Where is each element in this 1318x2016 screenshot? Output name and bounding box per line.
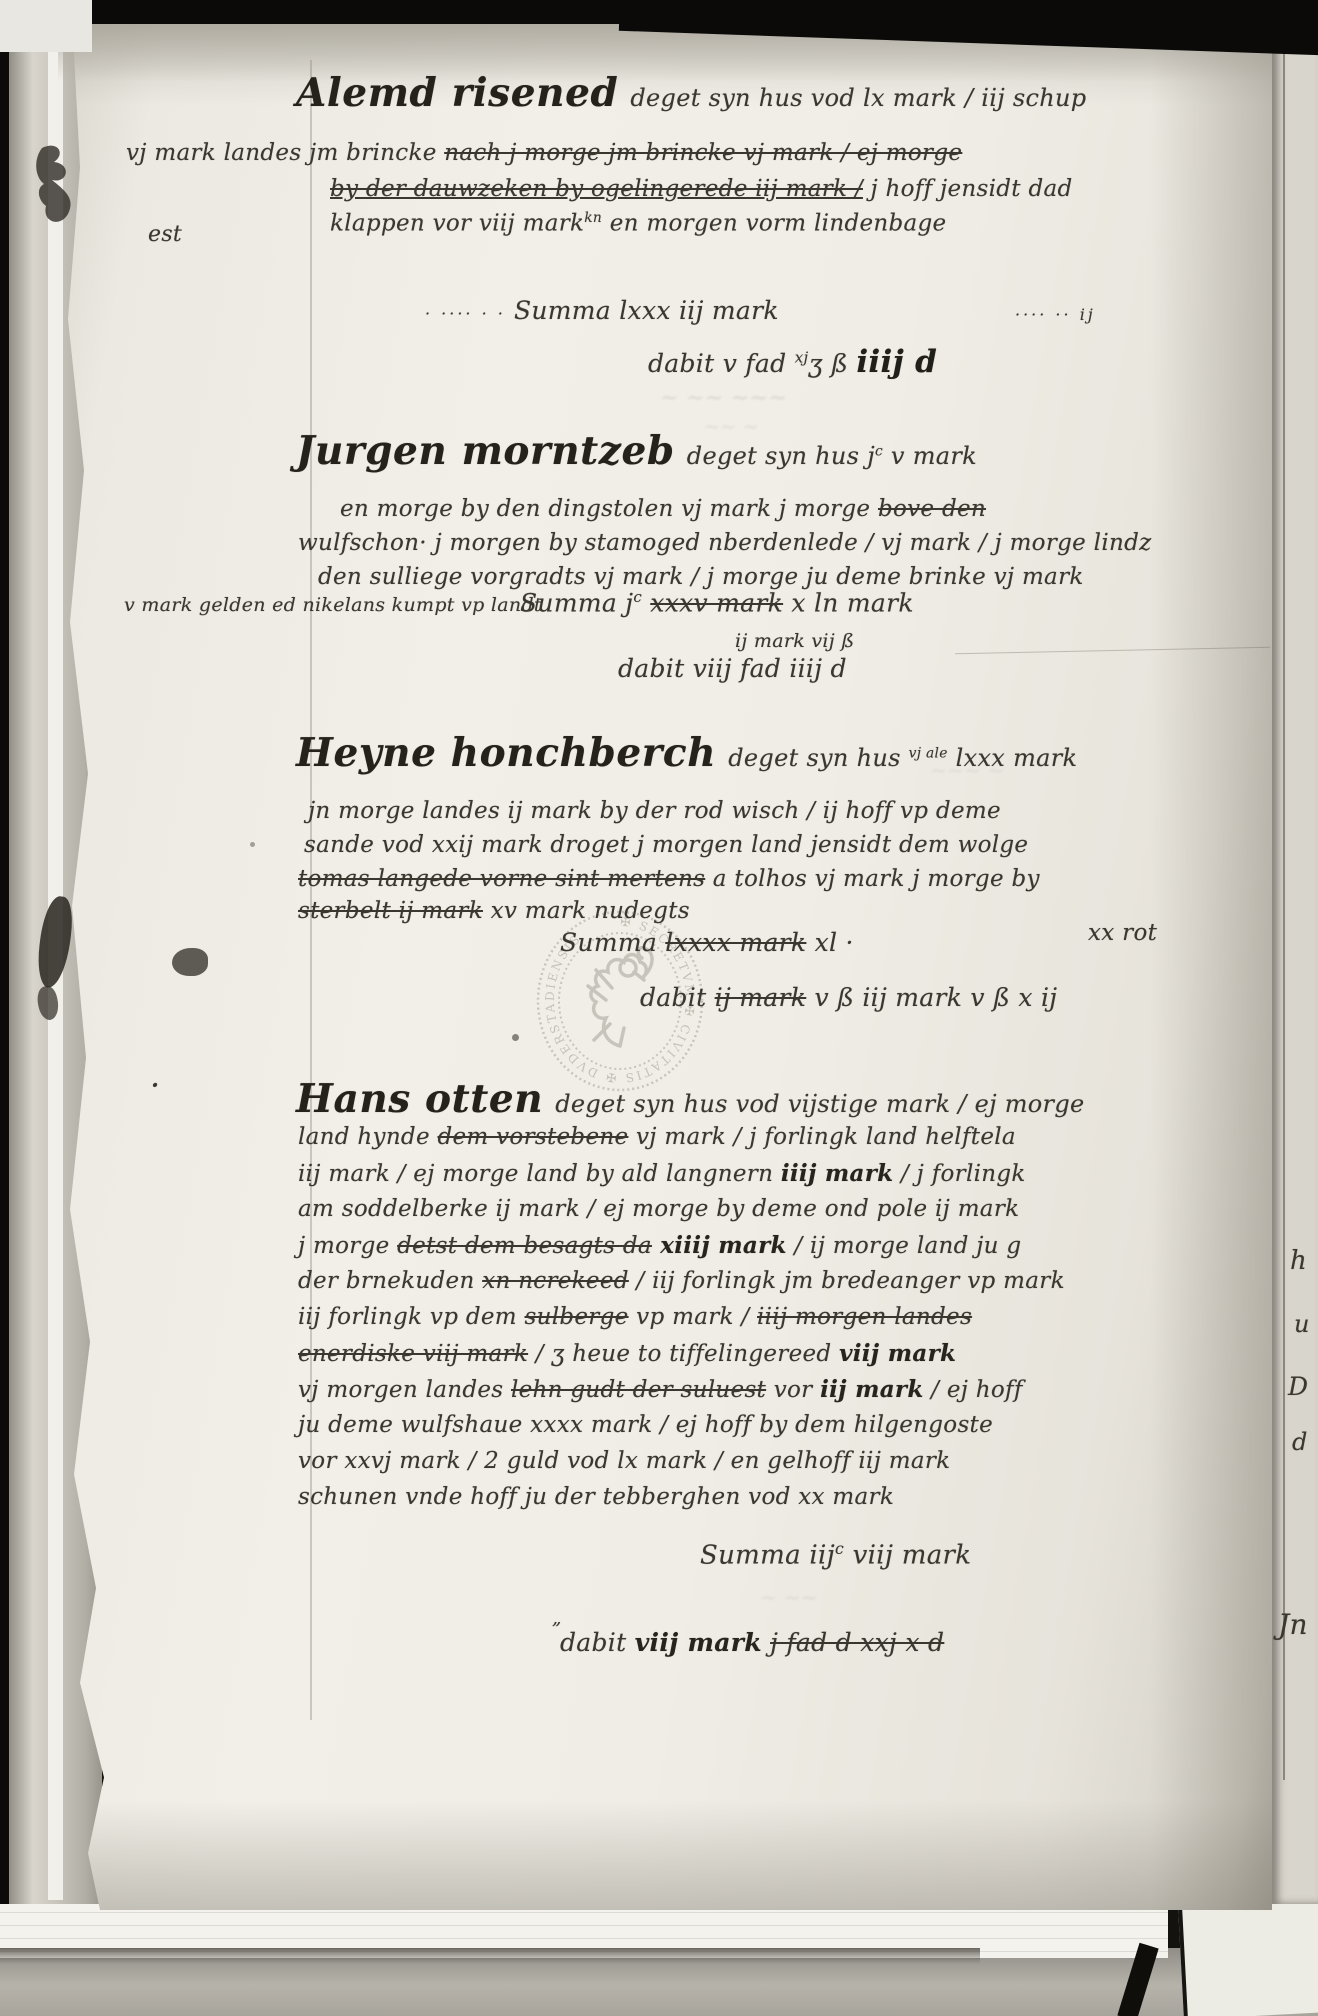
script-segment: detst dem besagts da bbox=[397, 1233, 652, 1259]
entry-name: Hans otten bbox=[296, 1076, 543, 1122]
script-line: Summa jc xxxv mark x ln mark bbox=[520, 588, 914, 617]
script-line: dabit viij mark j fad d xxj x d bbox=[560, 1628, 944, 1657]
script-segment: land hynde bbox=[298, 1124, 437, 1150]
script-line: vj mark landes jm brincke nach j morge j… bbox=[126, 140, 962, 166]
script-segment: lxxxx mark bbox=[665, 928, 806, 957]
script-segment: viij mark bbox=[635, 1628, 762, 1657]
facing-page-partial: Jn bbox=[1278, 1608, 1308, 1641]
script-line: land hynde dem vorstebene vj mark / j fo… bbox=[298, 1124, 1016, 1150]
script-segment: vj mark / j forlingk land helftela bbox=[628, 1124, 1016, 1150]
entry-name: Alemd risened bbox=[296, 70, 618, 116]
script-segment: · ···· · · bbox=[425, 304, 514, 323]
script-line: tomas langede vorne sint mertens a tolho… bbox=[298, 866, 1040, 892]
script-segment: / ej hoff bbox=[924, 1377, 1023, 1403]
script-line: enerdiske viij mark / ʒ heue to tiffelin… bbox=[298, 1340, 956, 1367]
script-segment: bove den bbox=[878, 496, 986, 522]
script-segment: en morge by den dingstolen vj mark j mor… bbox=[340, 496, 878, 522]
bleedthrough-mark: ~~ ~ bbox=[704, 416, 759, 438]
script-segment: vj morgen landes bbox=[298, 1377, 511, 1403]
script-segment: jn morge landes ij mark by der rod wisch… bbox=[308, 798, 1001, 824]
script-segment: ʒ ß bbox=[808, 349, 856, 378]
handwritten-text-layer: Alemd riseneddeget syn hus vod lx mark /… bbox=[0, 0, 1318, 2016]
manuscript-photo: { "marginalia": { "note_est": "est", "en… bbox=[0, 0, 1318, 2016]
script-line: der brnekuden xn ncrekeed / iij forlingk… bbox=[298, 1268, 1065, 1294]
script-line: xx rot bbox=[1088, 920, 1157, 946]
script-segment: v mark bbox=[883, 442, 977, 470]
script-segment: dabit bbox=[640, 983, 715, 1012]
script-segment: deget syn hus bbox=[728, 744, 908, 772]
script-segment: sterbelt ij mark bbox=[298, 898, 483, 924]
script-line: vor xxvj mark / 2 guld vod lx mark / en … bbox=[298, 1448, 950, 1474]
dabit-flourish-mark: „ bbox=[552, 1608, 562, 1629]
script-line: en morge by den dingstolen vj mark j mor… bbox=[340, 496, 986, 522]
script-line: schunen vnde hoff ju der tebberghen vod … bbox=[298, 1484, 894, 1510]
facing-page-partial: h bbox=[1290, 1246, 1307, 1276]
facing-page-partial: u bbox=[1294, 1310, 1310, 1338]
script-segment: wulfschon· j morgen by stamoged nberdenl… bbox=[298, 530, 1152, 556]
script-line: Summa lxxxx mark xl · bbox=[560, 928, 854, 957]
script-segment: ···· ·· ij bbox=[1015, 305, 1096, 324]
bleedthrough-mark: ~ ~~ ~~~ bbox=[660, 386, 787, 411]
script-segment: vor xxvj mark / 2 guld vod lx mark / en … bbox=[298, 1448, 950, 1474]
script-segment: klappen vor viij mark bbox=[330, 211, 584, 237]
script-segment: Summa bbox=[560, 928, 665, 957]
entry4-bullet: · bbox=[150, 1066, 160, 1104]
script-segment: Summa lxxx iij mark bbox=[514, 296, 779, 325]
script-line: ju deme wulfshaue xxxx mark / ej hoff by… bbox=[298, 1412, 993, 1438]
script-line: jn morge landes ij mark by der rod wisch… bbox=[308, 798, 1001, 824]
script-segment: lehn gudt der suluest bbox=[511, 1377, 766, 1403]
script-segment: deget syn hus j bbox=[687, 442, 875, 470]
script-segment: deget syn hus vod lx mark / iij schup bbox=[630, 84, 1086, 112]
script-line: iij forlingk vp dem sulberge vp mark / i… bbox=[298, 1304, 972, 1330]
entry-name: Jurgen morntzeb bbox=[296, 428, 675, 474]
script-segment: iiij mark bbox=[781, 1160, 894, 1187]
script-segment: vj mark landes jm brincke bbox=[126, 140, 444, 166]
script-line: am soddelberke ij mark / ej morge by dem… bbox=[298, 1196, 1019, 1222]
script-segment: xxxv mark bbox=[650, 588, 783, 617]
script-segment: v ß iij mark v ß x ij bbox=[806, 983, 1057, 1012]
script-segment: iij mark bbox=[820, 1376, 924, 1403]
margin-note-est: est bbox=[148, 222, 182, 247]
script-segment: iij mark / ej morge land by ald langnern bbox=[298, 1161, 781, 1187]
script-segment: iiij d bbox=[856, 344, 937, 380]
script-segment: schunen vnde hoff ju der tebberghen vod … bbox=[298, 1484, 894, 1510]
script-segment: xn ncrekeed bbox=[482, 1268, 629, 1294]
script-line: iij mark / ej morge land by ald langnern… bbox=[298, 1160, 1026, 1187]
script-segment: sande vod xxij mark droget j morgen land… bbox=[304, 832, 1028, 858]
script-segment: sulberge bbox=[525, 1304, 629, 1330]
script-segment: dem vorstebene bbox=[437, 1124, 628, 1150]
script-line: Jurgen morntzebdeget syn hus jc v mark bbox=[296, 428, 977, 474]
script-line: den sulliege vorgradts vj mark / j morge… bbox=[318, 564, 1084, 590]
script-segment: xv mark nudegts bbox=[483, 898, 690, 924]
script-segment: dabit viij fad iiij d bbox=[618, 654, 847, 683]
script-line: v mark gelden ed nikelans kumpt vp landt bbox=[124, 594, 542, 616]
script-segment: ij mark bbox=[715, 983, 807, 1012]
script-line: vj morgen landes lehn gudt der suluest v… bbox=[298, 1376, 1023, 1403]
script-line: sande vod xxij mark droget j morgen land… bbox=[304, 832, 1028, 858]
script-segment: ij mark vij ß bbox=[735, 630, 854, 652]
script-segment: en morgen vorm lindenbage bbox=[602, 211, 946, 237]
script-segment: j morge bbox=[298, 1233, 397, 1259]
script-segment: tomas langede vorne sint mertens bbox=[298, 866, 705, 892]
entry-name: Heyne honchberch bbox=[296, 730, 716, 776]
script-segment: xl · bbox=[806, 928, 853, 957]
script-segment: vor bbox=[766, 1377, 820, 1403]
script-segment: kn bbox=[584, 210, 602, 226]
script-segment: xiiij mark bbox=[652, 1232, 787, 1259]
script-segment: v mark gelden ed nikelans kumpt vp landt bbox=[124, 594, 542, 616]
script-segment: xj bbox=[795, 349, 809, 367]
script-line: Summa iijc viij mark bbox=[700, 1540, 971, 1571]
script-line: wulfschon· j morgen by stamoged nberdenl… bbox=[298, 530, 1152, 556]
script-segment: by der dauwzeken by ogelingerede iij mar… bbox=[330, 176, 863, 202]
facing-page-partial: D bbox=[1288, 1372, 1308, 1401]
script-segment: enerdiske viij mark bbox=[298, 1341, 528, 1367]
script-segment: / iij forlingk jm bredeanger vp mark bbox=[629, 1268, 1065, 1294]
script-line: dabit viij fad iiij d bbox=[618, 654, 847, 683]
script-segment: dabit v fad bbox=[648, 349, 795, 378]
script-segment: dabit bbox=[560, 1628, 635, 1657]
script-segment: c bbox=[835, 1540, 844, 1558]
script-segment: viij mark bbox=[839, 1340, 956, 1367]
script-segment: ju deme wulfshaue xxxx mark / ej hoff by… bbox=[298, 1412, 993, 1438]
script-segment: am soddelberke ij mark / ej morge by dem… bbox=[298, 1196, 1019, 1222]
script-segment: xx rot bbox=[1088, 920, 1157, 946]
script-line: Hans ottendeget syn hus vod vijstige mar… bbox=[296, 1076, 1085, 1122]
script-segment: der brnekuden bbox=[298, 1268, 482, 1294]
script-line: Alemd riseneddeget syn hus vod lx mark /… bbox=[296, 70, 1086, 116]
script-segment: deget syn hus vod vijstige mark / ej mor… bbox=[555, 1090, 1084, 1118]
script-line: ···· ·· ij bbox=[1015, 300, 1096, 326]
script-line: dabit ij mark v ß iij mark v ß x ij bbox=[640, 983, 1057, 1012]
script-segment: c bbox=[633, 588, 642, 606]
script-line: sterbelt ij mark xv mark nudegts bbox=[298, 898, 690, 924]
script-segment: a tolhos vj mark j morge by bbox=[705, 866, 1040, 892]
script-line: by der dauwzeken by ogelingerede iij mar… bbox=[330, 176, 1073, 202]
script-segment: iiij morgen landes bbox=[757, 1304, 972, 1330]
facing-page-partial: d bbox=[1292, 1428, 1308, 1456]
bleedthrough-mark: ~ ~~ bbox=[760, 1585, 818, 1609]
script-line: j morge detst dem besagts da xiiij mark … bbox=[298, 1232, 1021, 1259]
script-segment: / ij morge land ju g bbox=[787, 1233, 1022, 1259]
script-segment: c bbox=[875, 443, 883, 459]
script-segment: Summa iij bbox=[700, 1541, 835, 1571]
script-line: dabit v fad xjʒ ß iiij d bbox=[648, 344, 937, 380]
script-segment: j fad d xxj x d bbox=[770, 1628, 944, 1657]
script-segment bbox=[762, 1628, 770, 1657]
script-segment: viij mark bbox=[844, 1541, 971, 1571]
script-line: · ···· · · Summa lxxx iij mark bbox=[425, 296, 779, 325]
script-line: klappen vor viij markkn en morgen vorm l… bbox=[330, 210, 946, 237]
script-segment: iij forlingk vp dem bbox=[298, 1304, 525, 1330]
script-segment: vp mark / bbox=[629, 1304, 757, 1330]
script-line: ij mark vij ß bbox=[735, 630, 854, 652]
script-segment: nach j morge jm brincke vj mark / ej mor… bbox=[444, 140, 962, 166]
script-segment: j hoff jensidt dad bbox=[863, 176, 1073, 202]
script-segment: / j forlingk bbox=[893, 1161, 1025, 1187]
script-segment: x ln mark bbox=[783, 588, 914, 617]
bleedthrough-mark: ~~~ ~ bbox=[930, 758, 1005, 782]
script-segment: Summa j bbox=[520, 588, 633, 617]
script-segment: / ʒ heue to tiffelingereed bbox=[528, 1341, 839, 1367]
script-segment: den sulliege vorgradts vj mark / j morge… bbox=[318, 564, 1084, 590]
